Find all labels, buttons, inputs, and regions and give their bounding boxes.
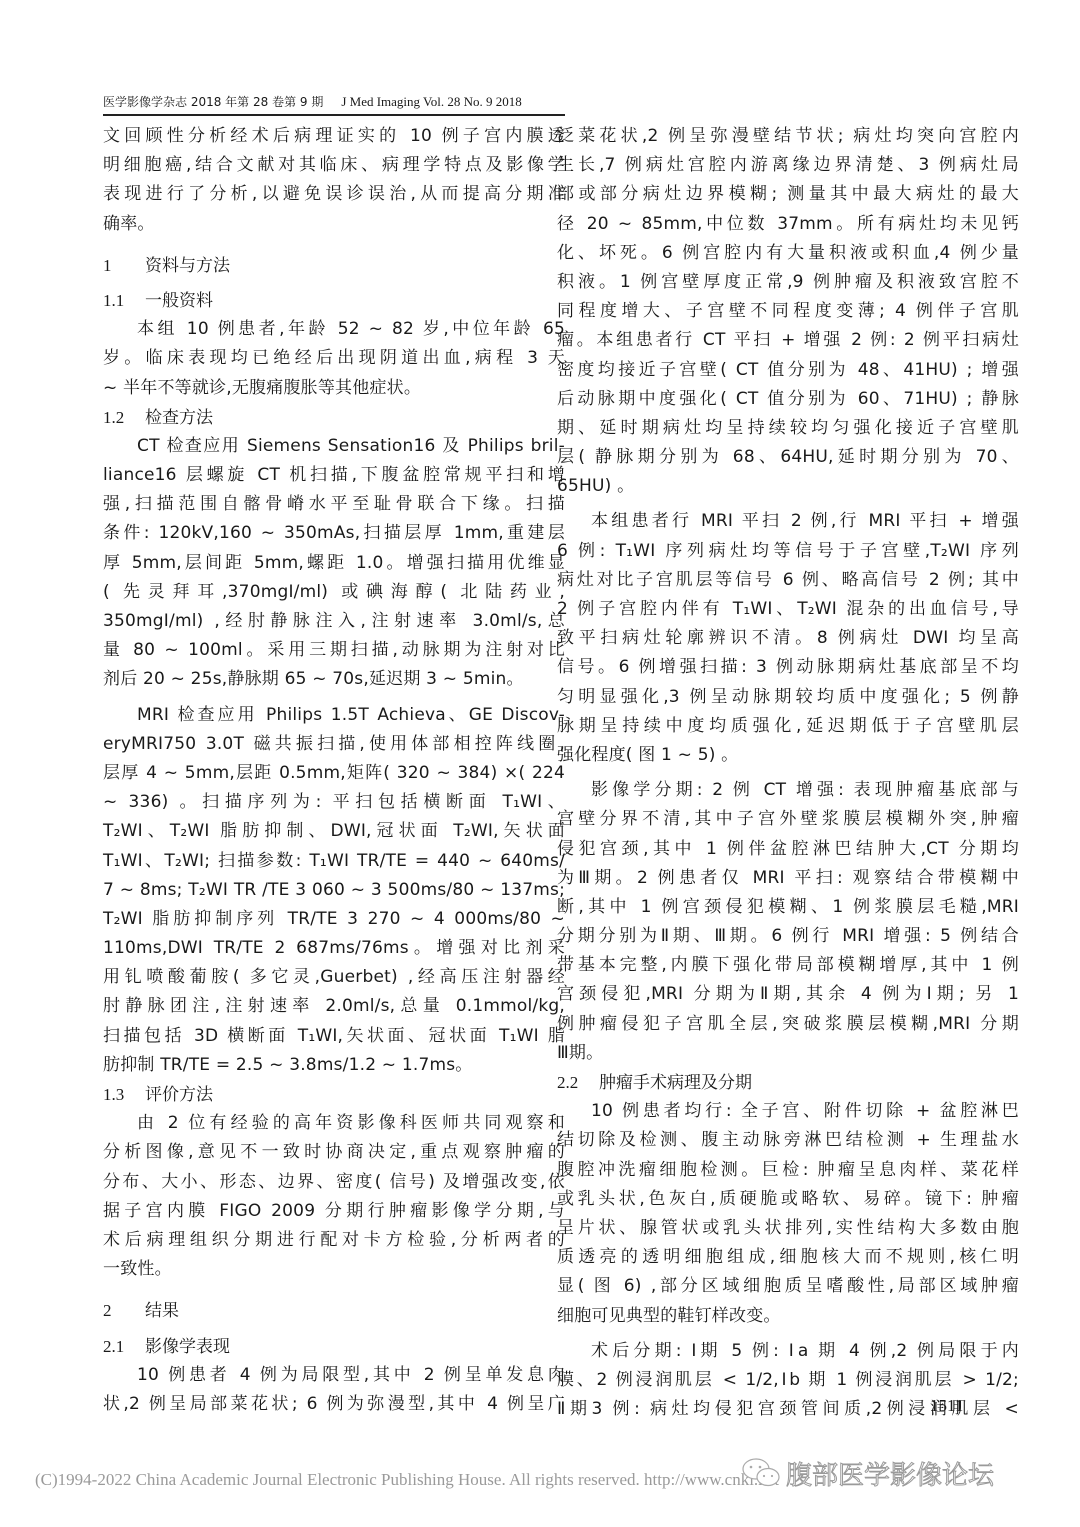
section-heading-2: 2结果 bbox=[103, 1296, 565, 1325]
text-line: 层( 静脉期分别为 68、64HU,延时期分别为 70、 bbox=[557, 443, 1019, 472]
text-line: 10 例患者 4 例为局限型,其中 2 例呈单发息肉 bbox=[103, 1361, 565, 1390]
text-line: liance16 层螺旋 CT 机扫描,下腹盆腔常规平扫和增 bbox=[103, 461, 565, 490]
text-line: 影像学分期: 2 例 CT 增强: 表现肿瘤基底部与 bbox=[557, 776, 1019, 805]
text-line: 2 例子宫腔内伴有 T₁WI、T₂WI 混杂的出血信号,导 bbox=[557, 595, 1019, 624]
text-line: T₂WI、T₂WI 脂肪抑制、DWI,冠状面 T₂WI,矢状面 bbox=[103, 817, 565, 846]
text-line: 信号。6 例增强扫描: 3 例动脉期病灶基底部呈不均 bbox=[557, 653, 1019, 682]
text-line: 径 20 ~ 85mm,中位数 37mm。所有病灶均未见钙 bbox=[557, 210, 1019, 239]
section-heading-1-2: 1.2检查方法 bbox=[103, 403, 565, 432]
text-line: 量 80 ~ 100ml。采用三期扫描,动脉期为注射对比 bbox=[103, 636, 565, 665]
text-line: 厚 5mm,层间距 5mm,螺距 1.0。增强扫描用优维显 bbox=[103, 549, 565, 578]
text-line: 宫颈侵犯,MRI 分期为Ⅱ期,其余 4 例为Ⅰ期; 另 1 bbox=[557, 980, 1019, 1009]
text-line: 条件: 120kV,160 ~ 350mAs,扫描层厚 1mm,重建层 bbox=[103, 519, 565, 548]
text-line: 明细胞癌,结合文献对其临床、病理学特点及影像学 bbox=[103, 151, 565, 180]
text-line: 后动脉期中度强化( CT 值分别为 60、71HU) ; 静脉 bbox=[557, 385, 1019, 414]
text-line: 同程度增大、子宫壁不同程度变薄; 4 例伴子宫肌 bbox=[557, 297, 1019, 326]
text-line: 术后病理组织分期进行配对卡方检验,分析两者的 bbox=[103, 1226, 565, 1255]
text-line: 7 ~ 8ms; T₂WI TR /TE 3 060 ~ 3 500ms/80 … bbox=[103, 876, 565, 905]
text-line: 积液。1 例宫壁厚度正常,9 例肿瘤及积液致宫腔不 bbox=[557, 268, 1019, 297]
text-line: ~ 半年不等就诊,无腹痛腹胀等其他症状。 bbox=[103, 374, 565, 403]
text-line: 瘤。本组患者行 CT 平扫 + 增强 2 例: 2 例平扫病灶 bbox=[557, 326, 1019, 355]
text-line: 350mgI/ml) ,经肘静脉注入,注射速率 3.0ml/s,总 bbox=[103, 607, 565, 636]
text-line: 强,扫描范围自髂骨嵴水平至耻骨联合下缘。扫描 bbox=[103, 490, 565, 519]
text-line: 文回顾性分析经术后病理证实的 10 例子宫内膜透 bbox=[103, 122, 565, 151]
text-line: 或乳头状,色灰白,质硬脆或略软、易碎。镜下: 肿瘤 bbox=[557, 1185, 1019, 1214]
text-line: 病灶对比子宫肌层等信号 6 例、略高信号 2 例; 其中 bbox=[557, 566, 1019, 595]
text-line: 质透亮的透明细胞组成,细胞核大而不规则,核仁明 bbox=[557, 1243, 1019, 1272]
text-line: 例肿瘤侵犯子宫肌全层,突破浆膜层模糊,MRI 分期 bbox=[557, 1010, 1019, 1039]
section-heading-1-3: 1.3评价方法 bbox=[103, 1080, 565, 1109]
text-line: 表现进行了分析,以避免误诊误治,从而提高分期准 bbox=[103, 180, 565, 209]
text-line: 脉期呈持续中度均质强化,延迟期低于子宫壁肌层 bbox=[557, 712, 1019, 741]
text-line: Ⅲ期。 bbox=[557, 1039, 1019, 1068]
text-line: ~ 336) 。扫描序列为: 平扫包括横断面 T₁WI、 bbox=[103, 788, 565, 817]
text-line: 术后分期: Ⅰ期 5 例: Ⅰa 期 4 例,2 例局限于内 bbox=[557, 1337, 1019, 1366]
text-line: 呈片状、腺管状或乳头状排列,实性结构大多数由胞 bbox=[557, 1214, 1019, 1243]
text-line: 肪抑制 TR/TE = 2.5 ~ 3.8ms/1.2 ~ 1.7ms。 bbox=[103, 1051, 565, 1080]
text-line: 10 例患者均行: 全子宫、附件切除 + 盆腔淋巴 bbox=[557, 1097, 1019, 1126]
text-line: 化、坏死。6 例宫腔内有大量积液或积血,4 例少量 bbox=[557, 239, 1019, 268]
section-heading-1-1: 1.1一般资料 bbox=[103, 286, 565, 315]
text-line: 由 2 位有经验的高年资影像科医师共同观察和 bbox=[103, 1109, 565, 1138]
page-number: 1511 bbox=[930, 1396, 963, 1416]
text-line: 剂后 20 ~ 25s,静脉期 65 ~ 70s,延迟期 3 ~ 5min。 bbox=[103, 665, 565, 694]
journal-title-en: J Med Imaging Vol. 28 No. 9 2018 bbox=[341, 94, 521, 109]
text-line: CT 检查应用 Siemens Sensation16 及 Philips br… bbox=[103, 432, 565, 461]
text-line: 泛菜花状,2 例呈弥漫壁结节状; 病灶均突向宫腔内 bbox=[557, 122, 1019, 151]
section-heading-2-1: 2.1影像学表现 bbox=[103, 1332, 565, 1361]
text-line: 期、延时期病灶均呈持续较均匀强化接近子宫壁肌 bbox=[557, 414, 1019, 443]
wechat-icon bbox=[740, 1456, 784, 1490]
text-line: 侵犯宫颈,其中 1 例伴盆腔淋巴结肿大,CT 分期均 bbox=[557, 835, 1019, 864]
text-line: 扫描包括 3D 横断面 T₁WI,矢状面、冠状面 T₁WI 脂 bbox=[103, 1022, 565, 1051]
text-line: 细胞可见典型的鞋钉样改变。 bbox=[557, 1302, 1019, 1331]
text-line: 确率。 bbox=[103, 210, 565, 239]
left-column: 文回顾性分析经术后病理证实的 10 例子宫内膜透 明细胞癌,结合文献对其临床、病… bbox=[103, 122, 565, 1419]
text-line: 本组患者行 MRI 平扫 2 例,行 MRI 平扫 + 增强 bbox=[557, 507, 1019, 536]
text-line: 带基本完整,内膜下强化带局部模糊增厚,其中 1 例 bbox=[557, 951, 1019, 980]
text-line: T₂WI 脂肪抑制序列 TR/TE 3 270 ~ 4 000ms/80 ~ bbox=[103, 905, 565, 934]
text-line: 显( 图 6) ,部分区域细胞质呈嗜酸性,局部区域肿瘤 bbox=[557, 1272, 1019, 1301]
section-heading-2-2: 2.2肿瘤手术病理及分期 bbox=[557, 1068, 1019, 1097]
text-line: 强化程度( 图 1 ~ 5) 。 bbox=[557, 741, 1019, 770]
text-line: 据子宫内膜 FIGO 2009 分期行肿瘤影像学分期,与 bbox=[103, 1197, 565, 1226]
text-line: 65HU) 。 bbox=[557, 472, 1019, 501]
text-line: 一致性。 bbox=[103, 1255, 565, 1284]
text-line: 本组 10 例患者,年龄 52 ~ 82 岁,中位年龄 65 bbox=[103, 315, 565, 344]
copyright-footer: (C)1994-2022 China Academic Journal Elec… bbox=[35, 1470, 779, 1490]
right-column: 泛菜花状,2 例呈弥漫壁结节状; 病灶均突向宫腔内 生长,7 例病灶宫腔内游离缘… bbox=[557, 122, 1019, 1424]
text-line: 致平扫病灶轮廓辨识不清。8 例病灶 DWI 均呈高 bbox=[557, 624, 1019, 653]
journal-title-cn: 医学影像学杂志 2018 年第 28 卷第 9 期 bbox=[103, 95, 323, 109]
text-line: 生长,7 例病灶宫腔内游离缘边界清楚、3 例病灶局 bbox=[557, 151, 1019, 180]
text-line: 110ms,DWI TR/TE 2 687ms/76ms。增强对比剂采 bbox=[103, 934, 565, 963]
text-line: 断,其中 1 例宫颈侵犯模糊、1 例浆膜层毛糙,MRI bbox=[557, 893, 1019, 922]
text-line: 为Ⅲ期。2 例患者仅 MRI 平扫: 观察结合带模糊中 bbox=[557, 864, 1019, 893]
text-line: 分布、大小、形态、边界、密度( 信号) 及增强改变,依 bbox=[103, 1168, 565, 1197]
text-line: 分析图像,意见不一致时协商决定,重点观察肿瘤的 bbox=[103, 1138, 565, 1167]
text-line: 匀明显强化,3 例呈动脉期较均质中度强化; 5 例静 bbox=[557, 683, 1019, 712]
text-line: 腹腔冲洗瘤细胞检测。巨检: 肿瘤呈息肉样、菜花样 bbox=[557, 1156, 1019, 1185]
text-line: 层厚 4 ~ 5mm,层距 0.5mm,矩阵( 320 ~ 384) ×( 22… bbox=[103, 759, 565, 788]
text-line: 膜、2 例浸润肌层 < 1/2,Ⅰb 期 1 例浸润肌层 > 1/2; bbox=[557, 1366, 1019, 1395]
text-line: 部或部分病灶边界模糊; 测量其中最大病灶的最大 bbox=[557, 180, 1019, 209]
text-line: ( 先灵拜耳,370mgI/ml) 或碘海醇( 北陆药业, bbox=[103, 578, 565, 607]
section-heading-1: 1资料与方法 bbox=[103, 251, 565, 280]
text-line: 岁。临床表现均已绝经后出现阴道出血,病程 3 天 bbox=[103, 344, 565, 373]
text-line: T₁WI、T₂WI; 扫描参数: T₁WI TR/TE = 440 ~ 640m… bbox=[103, 847, 565, 876]
text-line: 肘静脉团注,注射速率 2.0ml/s,总量 0.1mmol/kg, bbox=[103, 992, 565, 1021]
text-line: 分期分别为Ⅱ期、Ⅲ期。6 例行 MRI 增强: 5 例结合 bbox=[557, 922, 1019, 951]
text-line: 密度均接近子宫壁( CT 值分别为 48、41HU) ; 增强 bbox=[557, 356, 1019, 385]
text-line: eryMRI750 3.0T 磁共振扫描,使用体部相控阵线圈, bbox=[103, 730, 565, 759]
text-line: 用钆喷酸葡胺( 多它灵,Guerbet) ,经高压注射器经 bbox=[103, 963, 565, 992]
text-line: 宫壁分界不清,其中子宫外壁浆膜层模糊外突,肿瘤 bbox=[557, 805, 1019, 834]
text-line: 状,2 例呈局部菜花状; 6 例为弥漫型,其中 4 例呈广 bbox=[103, 1390, 565, 1419]
running-header: 医学影像学杂志 2018 年第 28 卷第 9 期 J Med Imaging … bbox=[103, 94, 565, 116]
watermark-text: 腹部医学影像论坛 bbox=[786, 1455, 994, 1492]
text-line: 结切除及检测、腹主动脉旁淋巴结检测 + 生理盐水 bbox=[557, 1126, 1019, 1155]
text-line: 6 例: T₁WI 序列病灶均等信号于子宫壁,T₂WI 序列 bbox=[557, 537, 1019, 566]
text-line: MRI 检查应用 Philips 1.5T Achieva、GE Discov- bbox=[103, 701, 565, 730]
